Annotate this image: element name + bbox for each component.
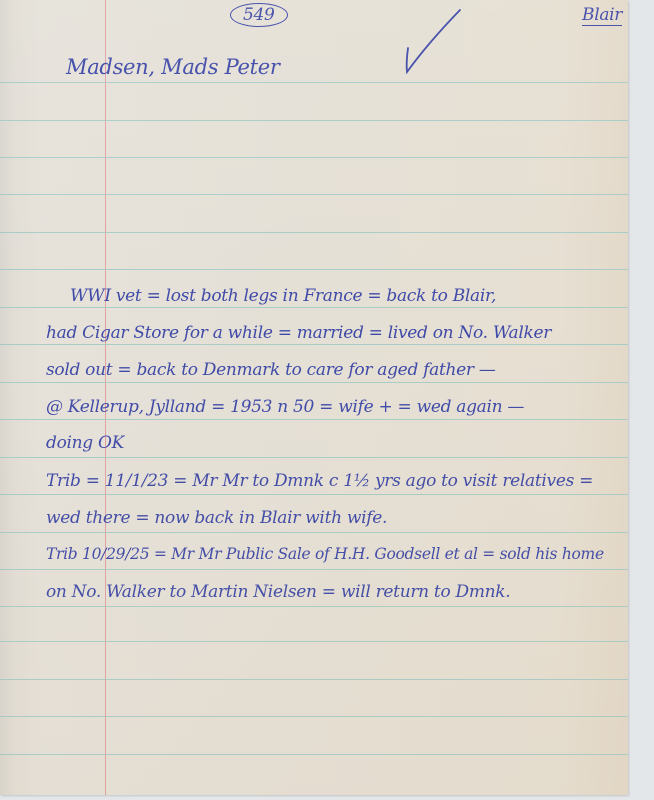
ruled-line (0, 232, 628, 233)
notebook-page: 549 Blair Madsen, Mads Peter WWI vet = l… (0, 0, 628, 795)
body-line: sold out = back to Denmark to care for a… (46, 360, 496, 380)
ruled-line (0, 157, 628, 158)
ruled-line (0, 569, 628, 570)
body-line: @ Kellerup, Jylland = 1953 n 50 = wife +… (46, 397, 524, 417)
subject-name: Madsen, Mads Peter (66, 55, 280, 79)
body-line: had Cigar Store for a while = married = … (46, 323, 551, 343)
ruled-line (0, 344, 628, 345)
ruled-line (0, 457, 628, 458)
ruled-line (0, 494, 628, 495)
body-line: WWI vet = lost both legs in France = bac… (70, 286, 496, 306)
ruled-line (0, 269, 628, 270)
ruled-line (0, 532, 628, 533)
ruled-line (0, 716, 628, 717)
ruled-line (0, 679, 628, 680)
page-number: 549 (230, 3, 288, 27)
body-line: Trib 10/29/25 = Mr Mr Public Sale of H.H… (46, 545, 604, 563)
ruled-line (0, 606, 628, 607)
location-label: Blair (582, 6, 622, 26)
body-line: on No. Walker to Martin Nielsen = will r… (46, 582, 510, 602)
ruled-line (0, 754, 628, 755)
body-line: wed there = now back in Blair with wife. (46, 508, 387, 528)
checkmark-icon (398, 8, 468, 78)
body-line: doing OK (46, 433, 124, 453)
ruled-line (0, 307, 628, 308)
body-line: Trib = 11/1/23 = Mr Mr to Dmnk c 1½ yrs … (46, 471, 593, 491)
ruled-line (0, 120, 628, 121)
ruled-line (0, 82, 628, 83)
ruled-line (0, 641, 628, 642)
ruled-line (0, 194, 628, 195)
ruled-line (0, 419, 628, 420)
ruled-line (0, 382, 628, 383)
